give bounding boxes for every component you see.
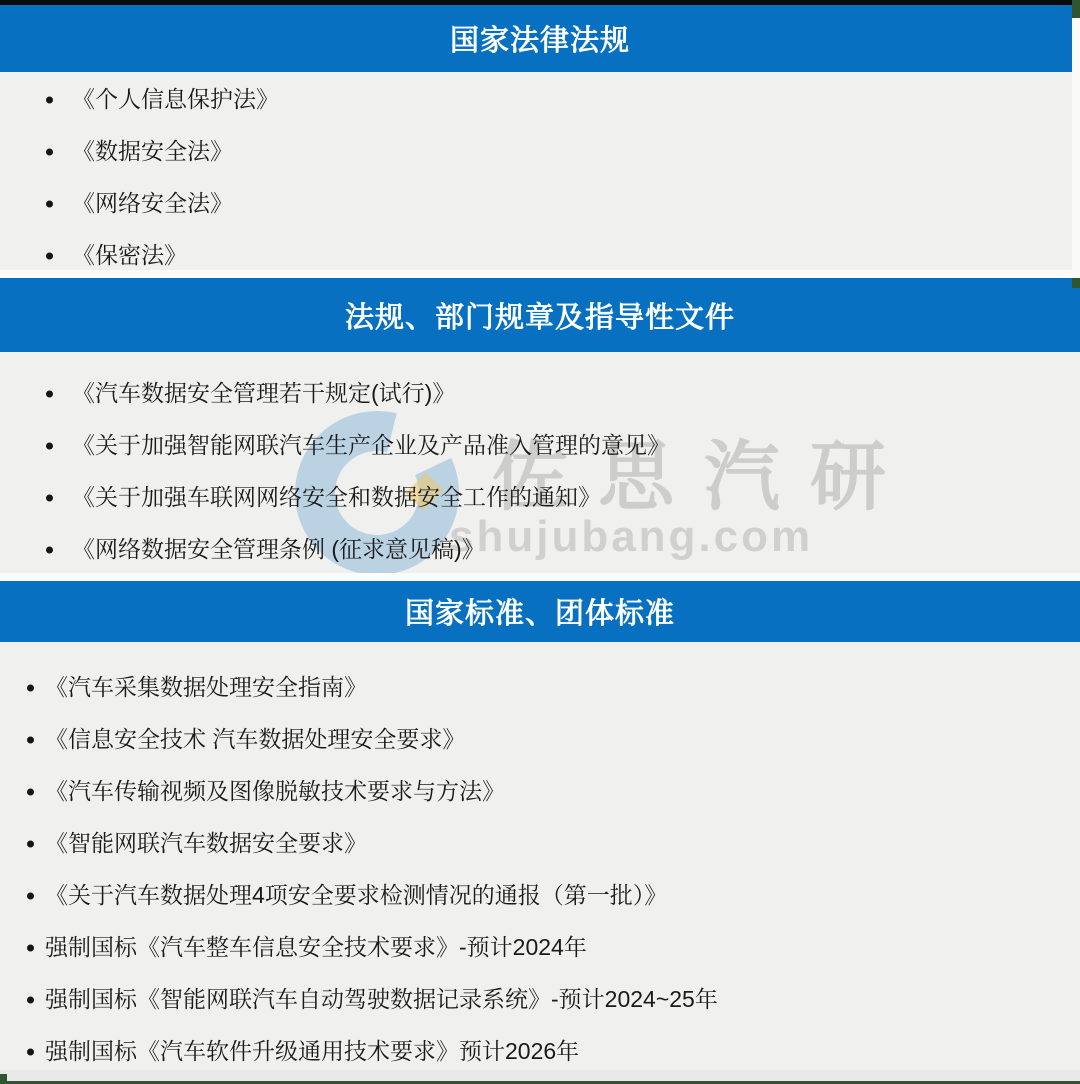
bullet-icon <box>27 789 34 796</box>
list-item: 《数据安全法》 <box>0 126 1080 178</box>
list-item: 《汽车数据安全管理若干规定(试行)》 <box>0 368 1080 420</box>
list-item: 《关于汽车数据处理4项安全要求检测情况的通报（第一批）》 <box>0 870 1080 922</box>
list-item-text: 《保密法》 <box>72 242 187 270</box>
list-item: 《汽车采集数据处理安全指南》 <box>0 662 1080 714</box>
section-list: 《汽车数据安全管理若干规定(试行)》 《关于加强智能网联汽车生产企业及产品准入管… <box>0 352 1080 581</box>
list-item: 《汽车传输视频及图像脱敏技术要求与方法》 <box>0 766 1080 818</box>
section-title: 国家标准、团体标准 <box>405 591 675 632</box>
list-item-text: 《汽车采集数据处理安全指南》 <box>45 674 367 702</box>
section-header-bar: 国家法律法规 <box>0 5 1080 72</box>
list-item: 强制国标《智能网联汽车自动驾驶数据记录系统》-预计2024~25年 <box>0 974 1080 1026</box>
list-item-text: 强制国标《汽车软件升级通用技术要求》预计2026年 <box>45 1038 579 1066</box>
list-item-text: 《网络数据安全管理条例 (征求意见稿)》 <box>72 536 485 564</box>
list-item-text: 强制国标《汽车整车信息安全技术要求》-预计2024年 <box>45 934 587 962</box>
bullet-icon <box>27 893 34 900</box>
bullet-icon <box>46 443 53 450</box>
bullet-icon <box>27 945 34 952</box>
infographic-page: 佐思汽研 shujubang.com 国家法律法规 《个人信息保护法》 《数据安… <box>0 0 1080 1084</box>
section: 国家标准、团体标准 《汽车采集数据处理安全指南》 《信息安全技术 汽车数据处理安… <box>0 581 1080 1070</box>
top-right-corner-accent <box>1072 0 1080 18</box>
bullet-icon <box>27 997 34 1004</box>
list-item: 强制国标《汽车整车信息安全技术要求》-预计2024年 <box>0 922 1080 974</box>
list-item-text: 《数据安全法》 <box>72 138 233 166</box>
bullet-icon <box>27 737 34 744</box>
list-item-text: 《信息安全技术 汽车数据处理安全要求》 <box>45 726 465 754</box>
bottom-left-corner-accent <box>0 1074 7 1084</box>
section-title: 法规、部门规章及指导性文件 <box>345 295 735 336</box>
bullet-icon <box>46 547 53 554</box>
list-item-text: 《网络安全法》 <box>72 190 233 218</box>
sections-container: 国家法律法规 《个人信息保护法》 《数据安全法》 《网络安全法》 《保密法》 法… <box>0 0 1080 1070</box>
list-item-text: 《智能网联汽车数据安全要求》 <box>45 830 367 858</box>
section: 法规、部门规章及指导性文件 《汽车数据安全管理若干规定(试行)》 《关于加强智能… <box>0 278 1080 581</box>
section-header-bar: 法规、部门规章及指导性文件 <box>0 278 1080 352</box>
bullet-icon <box>46 253 53 260</box>
list-item-text: 强制国标《智能网联汽车自动驾驶数据记录系统》-预计2024~25年 <box>45 986 718 1014</box>
top-border-line <box>0 0 1072 5</box>
list-item: 《智能网联汽车数据安全要求》 <box>0 818 1080 870</box>
list-item: 《网络数据安全管理条例 (征求意见稿)》 <box>0 524 1080 576</box>
list-item-text: 《关于加强车联网网络安全和数据安全工作的通知》 <box>72 484 601 512</box>
list-item: 《网络安全法》 <box>0 178 1080 230</box>
section-list: 《个人信息保护法》 《数据安全法》 《网络安全法》 《保密法》 <box>0 72 1080 278</box>
list-item-text: 《个人信息保护法》 <box>72 86 279 114</box>
list-item-text: 《汽车传输视频及图像脱敏技术要求与方法》 <box>45 778 505 806</box>
list-item: 《关于加强智能网联汽车生产企业及产品准入管理的意见》 <box>0 420 1080 472</box>
right-edge-accent <box>1072 278 1080 288</box>
list-item-text: 《关于汽车数据处理4项安全要求检测情况的通报（第一批）》 <box>45 882 667 910</box>
bullet-icon <box>46 97 53 104</box>
section: 国家法律法规 《个人信息保护法》 《数据安全法》 《网络安全法》 《保密法》 <box>0 5 1080 278</box>
section-header-bar: 国家标准、团体标准 <box>0 581 1080 642</box>
section-list: 《汽车采集数据处理安全指南》 《信息安全技术 汽车数据处理安全要求》 《汽车传输… <box>0 642 1080 1070</box>
bullet-icon <box>46 201 53 208</box>
section-title: 国家法律法规 <box>450 18 630 59</box>
bullet-icon <box>46 149 53 156</box>
list-item: 《保密法》 <box>0 230 1080 282</box>
bullet-icon <box>27 685 34 692</box>
bullet-icon <box>27 1049 34 1056</box>
bullet-icon <box>27 841 34 848</box>
list-item: 《关于加强车联网网络安全和数据安全工作的通知》 <box>0 472 1080 524</box>
list-item-text: 《汽车数据安全管理若干规定(试行)》 <box>72 380 455 408</box>
right-edge-strip <box>1072 18 1080 278</box>
bullet-icon <box>46 495 53 502</box>
bottom-gray-band <box>0 1070 1080 1081</box>
list-item-text: 《关于加强智能网联汽车生产企业及产品准入管理的意见》 <box>72 432 670 460</box>
list-item: 《个人信息保护法》 <box>0 74 1080 126</box>
bullet-icon <box>46 391 53 398</box>
list-item: 《信息安全技术 汽车数据处理安全要求》 <box>0 714 1080 766</box>
